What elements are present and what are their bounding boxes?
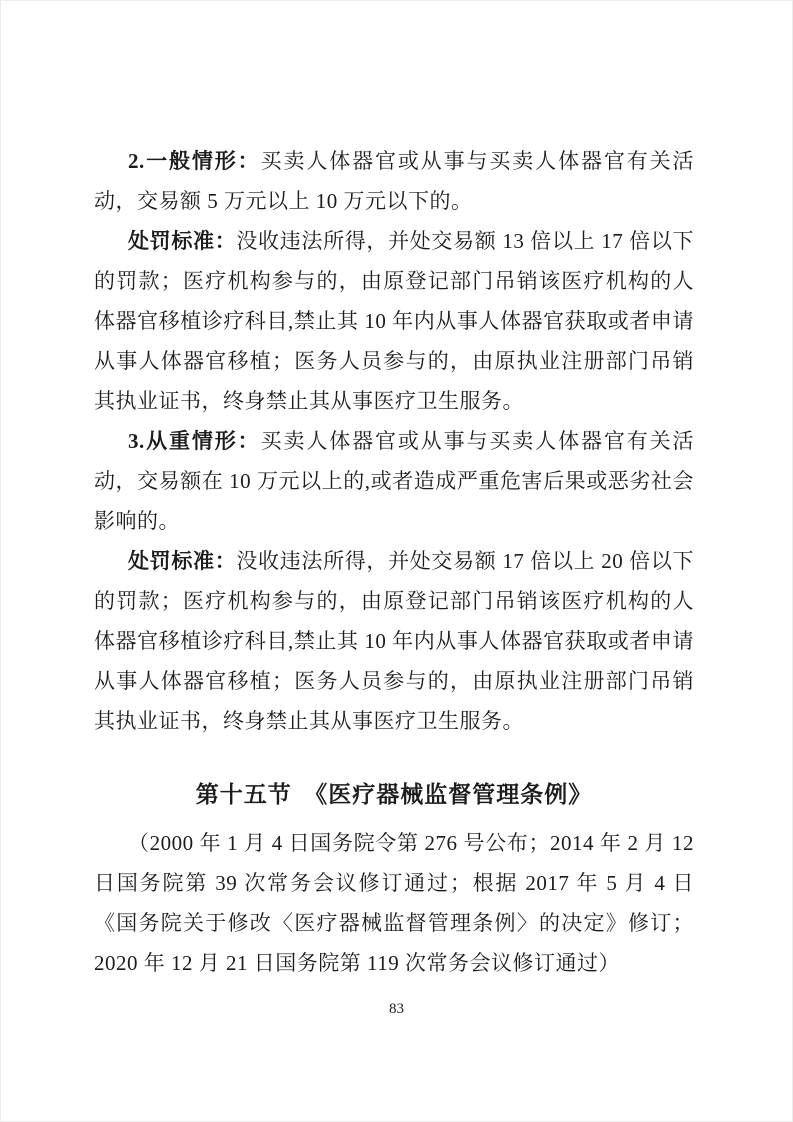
paragraph-text: 没收违法所得，并处交易额 17 倍以上 20 倍以下的罚款；医疗机构参与的，由原…	[94, 549, 694, 733]
paragraph-label: 处罚标准：	[128, 549, 236, 573]
paragraph-label: 2.一般情形：	[128, 149, 261, 173]
page-number: 83	[1, 1001, 792, 1018]
document-page: 2.一般情形：买卖人体器官或从事与买卖人体器官有关活动，交易额 5 万元以上 1…	[0, 0, 793, 1122]
paragraph-general-case: 2.一般情形：买卖人体器官或从事与买卖人体器官有关活动，交易额 5 万元以上 1…	[94, 141, 694, 221]
section-heading: 第十五节 《医疗器械监督管理条例》	[94, 777, 694, 811]
paragraph-penalty-standard-2: 处罚标准：没收违法所得，并处交易额 17 倍以上 20 倍以下的罚款；医疗机构参…	[94, 541, 694, 741]
paragraph-label: 3.从重情形：	[128, 429, 261, 453]
section-revision-note: （2000 年 1 月 4 日国务院令第 276 号公布；2014 年 2 月 …	[94, 823, 694, 983]
paragraph-aggravated-case: 3.从重情形：买卖人体器官或从事与买卖人体器官有关活动，交易额在 10 万元以上…	[94, 421, 694, 541]
paragraph-penalty-standard-1: 处罚标准：没收违法所得，并处交易额 13 倍以上 17 倍以下的罚款；医疗机构参…	[94, 221, 694, 421]
paragraph-label: 处罚标准：	[128, 229, 236, 253]
paragraph-text: 没收违法所得，并处交易额 13 倍以上 17 倍以下的罚款；医疗机构参与的，由原…	[94, 229, 694, 413]
page-content: 2.一般情形：买卖人体器官或从事与买卖人体器官有关活动，交易额 5 万元以上 1…	[1, 1, 793, 983]
